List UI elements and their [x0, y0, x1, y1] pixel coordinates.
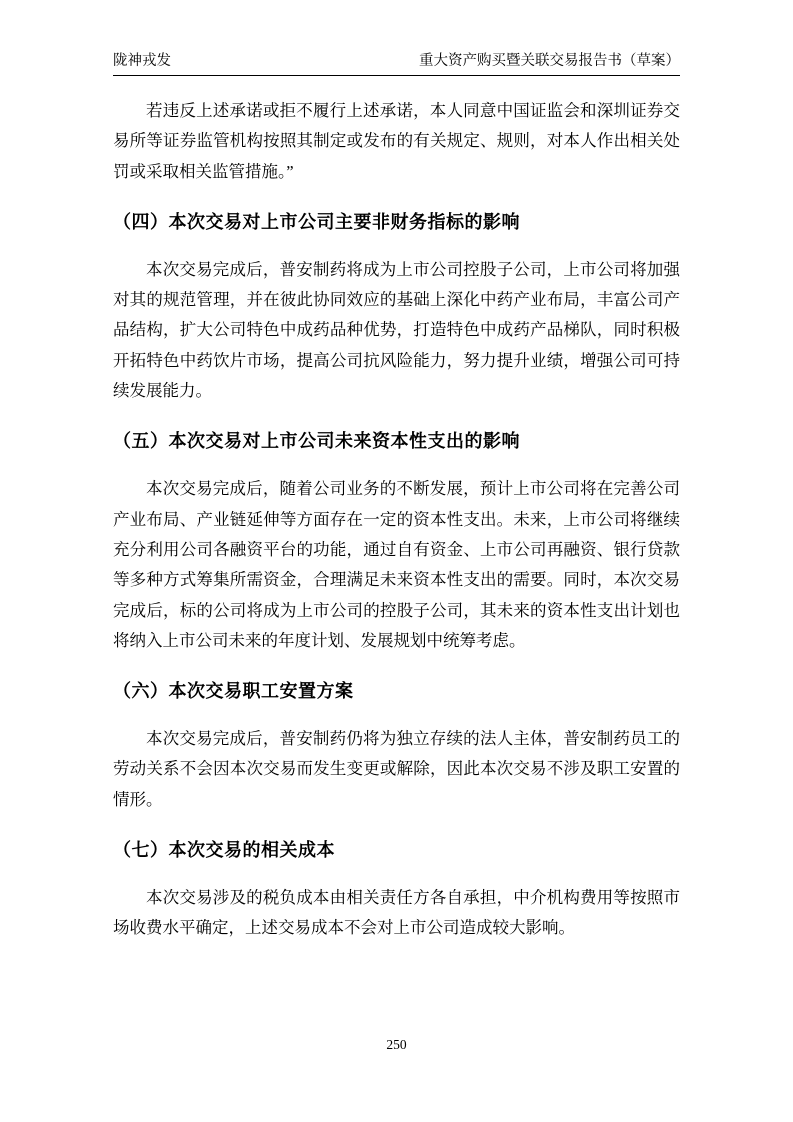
- document-page: 陇神戎发 重大资产购买暨关联交易报告书（草案） 若违反上述承诺或拒不履行上述承诺…: [0, 0, 793, 1122]
- section-employee-placement-plan: （六）本次交易职工安置方案 本次交易完成后，普安制药仍将为独立存续的法人主体，普…: [113, 678, 680, 815]
- page-header: 陇神戎发 重大资产购买暨关联交易报告书（草案）: [113, 52, 680, 76]
- section-6-heading: （六）本次交易职工安置方案: [113, 678, 680, 704]
- header-report-title: 重大资产购买暨关联交易报告书（草案）: [419, 52, 680, 70]
- section-7-paragraph: 本次交易涉及的税负成本由相关责任方各自承担，中介机构费用等按照市场收费水平确定，…: [113, 883, 680, 944]
- section-capital-expenditure-impact: （五）本次交易对上市公司未来资本性支出的影响 本次交易完成后，随着公司业务的不断…: [113, 428, 680, 656]
- page-number: 250: [386, 1037, 406, 1052]
- section-transaction-costs: （七）本次交易的相关成本 本次交易涉及的税负成本由相关责任方各自承担，中介机构费…: [113, 837, 680, 944]
- header-company-name: 陇神戎发: [113, 52, 171, 70]
- section-7-heading: （七）本次交易的相关成本: [113, 837, 680, 863]
- section-4-heading: （四）本次交易对上市公司主要非财务指标的影响: [113, 209, 680, 235]
- paragraph-commitment-continuation: 若违反上述承诺或拒不履行上述承诺，本人同意中国证监会和深圳证券交易所等证券监管机…: [113, 96, 680, 187]
- section-5-heading: （五）本次交易对上市公司未来资本性支出的影响: [113, 428, 680, 454]
- page-footer: 250: [0, 1036, 793, 1054]
- section-non-financial-impact: （四）本次交易对上市公司主要非财务指标的影响 本次交易完成后，普安制药将成为上市…: [113, 209, 680, 406]
- section-5-paragraph: 本次交易完成后，随着公司业务的不断发展，预计上市公司将在完善公司产业布局、产业链…: [113, 474, 680, 656]
- document-body: 若违反上述承诺或拒不履行上述承诺，本人同意中国证监会和深圳证券交易所等证券监管机…: [113, 96, 680, 944]
- section-4-paragraph: 本次交易完成后，普安制药将成为上市公司控股子公司，上市公司将加强对其的规范管理，…: [113, 255, 680, 406]
- section-6-paragraph: 本次交易完成后，普安制药仍将为独立存续的法人主体，普安制药员工的劳动关系不会因本…: [113, 724, 680, 815]
